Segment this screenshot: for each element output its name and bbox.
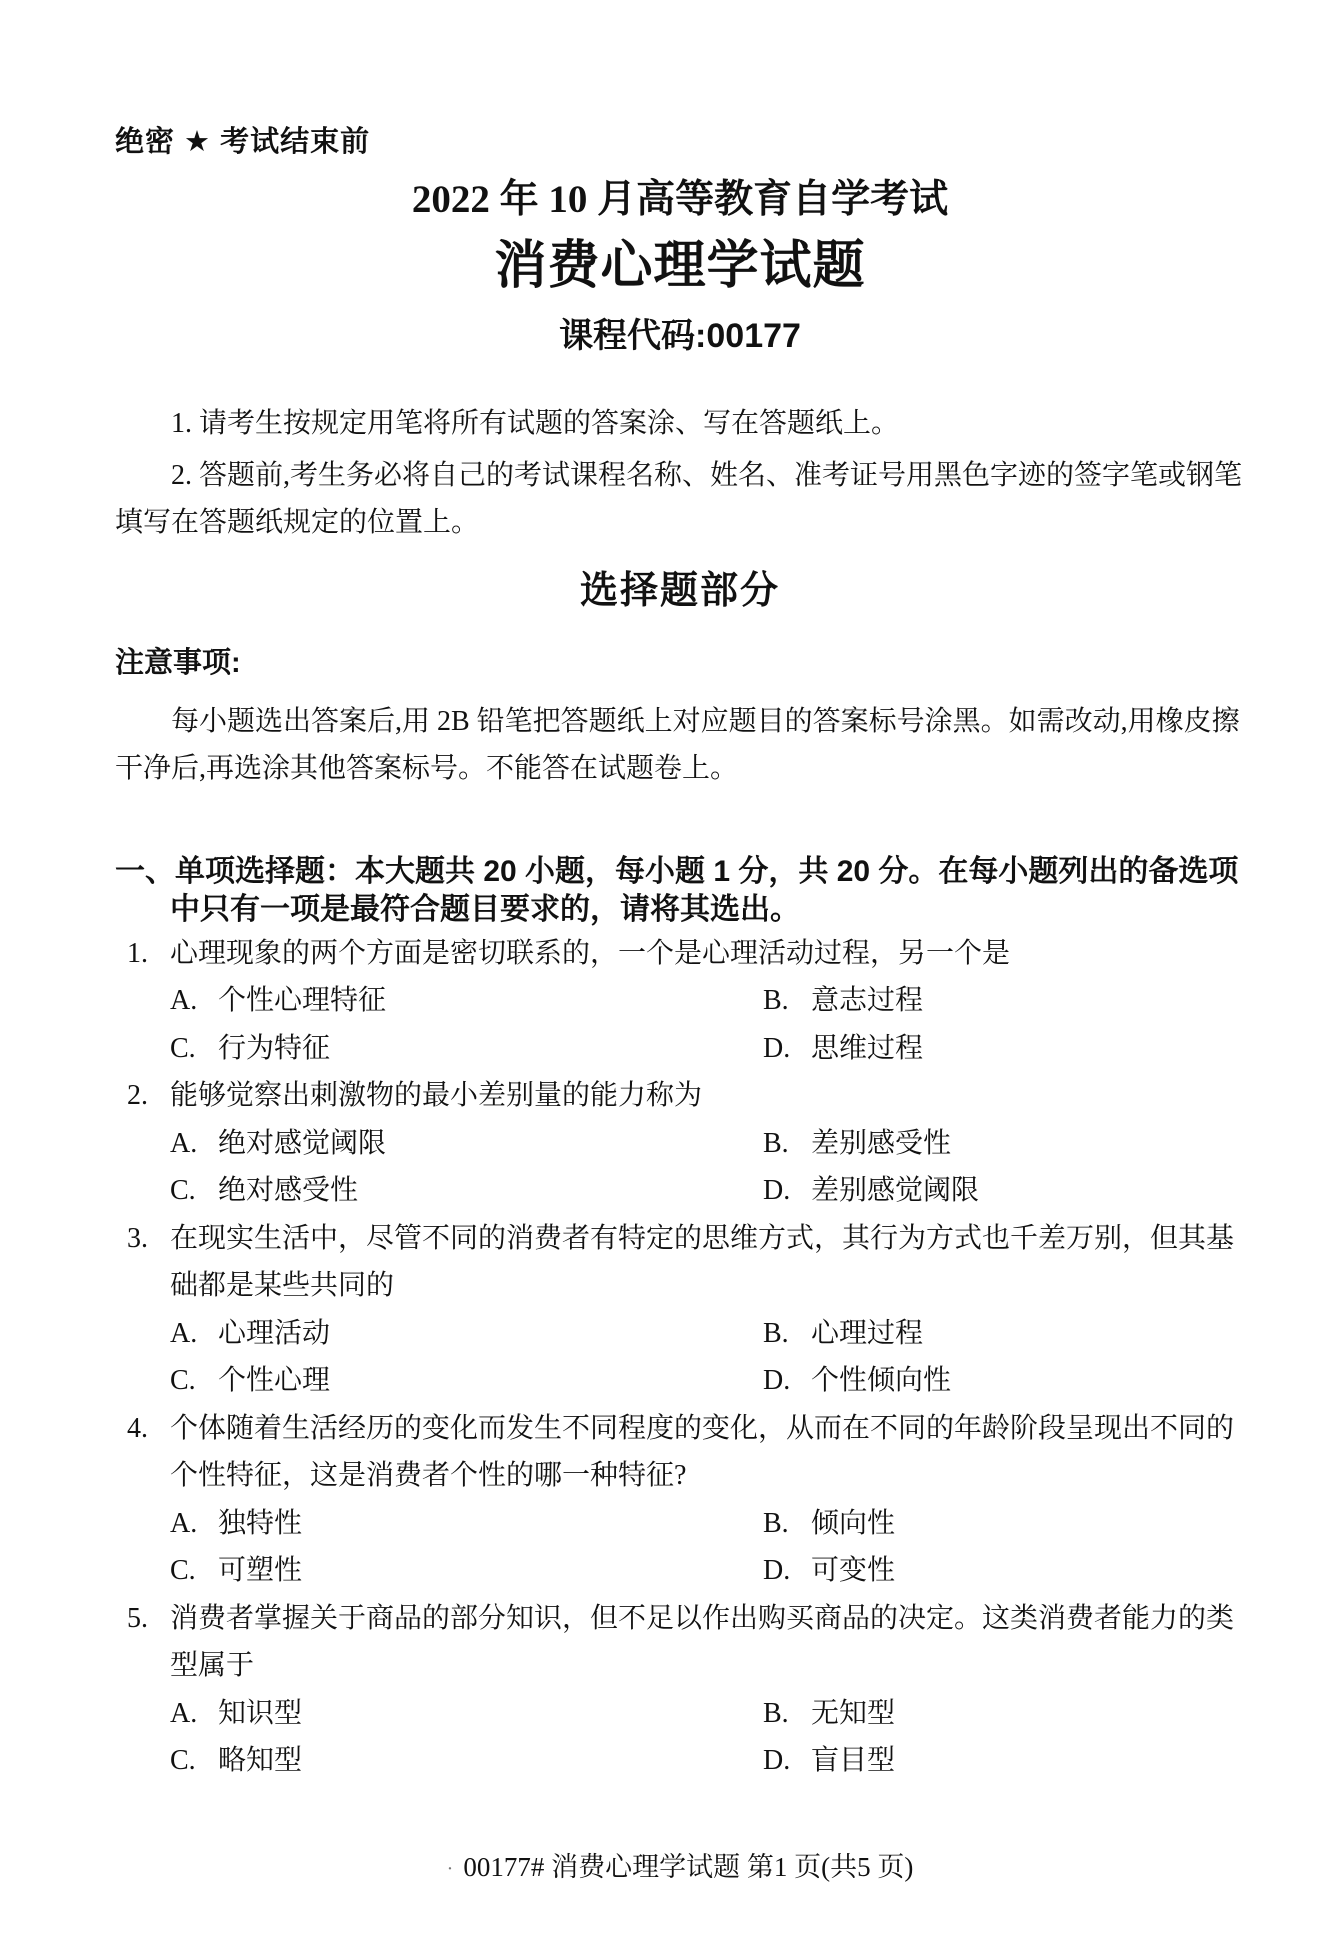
option-text: 绝对感觉阈限 <box>218 1128 386 1159</box>
option-D: D.思维过程 <box>763 1025 1245 1073</box>
instruction-note-1: 1. 请考生按规定用笔将所有试题的答案涂、写在答题纸上。 <box>115 400 1245 448</box>
option-text: 绝对感受性 <box>218 1175 358 1206</box>
option-text: 略知型 <box>218 1745 302 1776</box>
option-C: C.个性心理 <box>170 1357 763 1405</box>
question-text: 2.能够觉察出刺激物的最小差别量的能力称为 <box>115 1072 1245 1120</box>
option-label: C. <box>170 1167 218 1215</box>
option-text: 个性倾向性 <box>811 1365 951 1396</box>
scan-artifact-dot: · <box>447 1858 454 1880</box>
option-label: C. <box>170 1737 218 1785</box>
question-item-3: 3.在现实生活中，尽管不同的消费者有特定的思维方式，其行为方式也千差万别，但其基… <box>115 1215 1245 1405</box>
option-B: B.心理过程 <box>763 1310 1245 1358</box>
option-A: A.绝对感觉阈限 <box>170 1120 763 1168</box>
notice-paragraph: 每小题选出答案后,用 2B 铅笔把答题纸上对应题目的答案标号涂黑。如需改动,用橡… <box>115 698 1245 793</box>
option-grid: A.知识型 B.无知型 C.略知型 D.盲目型 <box>170 1690 1245 1785</box>
option-text: 意志过程 <box>811 985 923 1016</box>
option-A: A.独特性 <box>170 1500 763 1548</box>
option-D: D.差别感觉阈限 <box>763 1167 1245 1215</box>
option-label: C. <box>170 1025 218 1073</box>
option-label: B. <box>763 1690 811 1738</box>
option-label: A. <box>170 977 218 1025</box>
option-C: C.行为特征 <box>170 1025 763 1073</box>
question-text: 1.心理现象的两个方面是密切联系的，一个是心理活动过程，另一个是 <box>115 930 1245 978</box>
option-B: B.意志过程 <box>763 977 1245 1025</box>
question-stem: 消费者掌握关于商品的部分知识，但不足以作出购买商品的决定。这类消费者能力的类型属… <box>170 1603 1234 1682</box>
option-text: 倾向性 <box>811 1508 895 1539</box>
option-label: D. <box>763 1737 811 1785</box>
option-label: C. <box>170 1547 218 1595</box>
part-title: 选择题部分 <box>115 569 1245 613</box>
option-A: A.知识型 <box>170 1690 763 1738</box>
option-text: 行为特征 <box>218 1033 330 1064</box>
question-item-5: 5.消费者掌握关于商品的部分知识，但不足以作出购买商品的决定。这类消费者能力的类… <box>115 1595 1245 1785</box>
question-text: 3.在现实生活中，尽管不同的消费者有特定的思维方式，其行为方式也千差万别，但其基… <box>115 1215 1245 1310</box>
question-stem: 个体随着生活经历的变化而发生不同程度的变化，从而在不同的年龄阶段呈现出不同的个性… <box>170 1413 1234 1492</box>
question-text: 5.消费者掌握关于商品的部分知识，但不足以作出购买商品的决定。这类消费者能力的类… <box>115 1595 1245 1690</box>
option-A: A.心理活动 <box>170 1310 763 1358</box>
option-text: 差别感觉阈限 <box>811 1175 979 1206</box>
option-B: B.差别感受性 <box>763 1120 1245 1168</box>
option-text: 无知型 <box>811 1698 895 1729</box>
option-text: 个性心理 <box>218 1365 330 1396</box>
option-B: B.倾向性 <box>763 1500 1245 1548</box>
option-label: D. <box>763 1357 811 1405</box>
exam-paper-page: 绝密 ★ 考试结束前 2022 年 10 月高等教育自学考试 消费心理学试题 课… <box>0 0 1340 1933</box>
option-label: B. <box>763 1500 811 1548</box>
question-item-2: 2.能够觉察出刺激物的最小差别量的能力称为 A.绝对感觉阈限 B.差别感受性 C… <box>115 1072 1245 1215</box>
footer-text: 00177# 消费心理学试题 第1 页(共5 页) <box>463 1852 913 1882</box>
exam-session-title: 2022 年 10 月高等教育自学考试 <box>115 178 1245 222</box>
question-number: 1. <box>127 930 170 978</box>
option-D: D.个性倾向性 <box>763 1357 1245 1405</box>
question-number: 4. <box>127 1405 170 1453</box>
option-label: C. <box>170 1357 218 1405</box>
instruction-note-2: 2. 答题前,考生务必将自己的考试课程名称、姓名、准考证号用黑色字迹的签字笔或钢… <box>115 452 1245 547</box>
option-text: 盲目型 <box>811 1745 895 1776</box>
page-footer: ·00177# 消费心理学试题 第1 页(共5 页) <box>115 1851 1245 1886</box>
option-text: 独特性 <box>218 1508 302 1539</box>
question-stem: 心理现象的两个方面是密切联系的，一个是心理活动过程，另一个是 <box>170 938 1010 969</box>
question-stem: 能够觉察出刺激物的最小差别量的能力称为 <box>170 1080 702 1111</box>
option-label: B. <box>763 1310 811 1358</box>
classified-banner: 绝密 ★ 考试结束前 <box>115 125 1245 159</box>
question-item-4: 4.个体随着生活经历的变化而发生不同程度的变化，从而在不同的年龄阶段呈现出不同的… <box>115 1405 1245 1595</box>
option-text: 心理活动 <box>218 1318 330 1349</box>
option-B: B.无知型 <box>763 1690 1245 1738</box>
option-grid: A.心理活动 B.心理过程 C.个性心理 D.个性倾向性 <box>170 1310 1245 1405</box>
option-D: D.可变性 <box>763 1547 1245 1595</box>
option-label: A. <box>170 1690 218 1738</box>
option-text: 心理过程 <box>811 1318 923 1349</box>
course-code: 课程代码:00177 <box>115 317 1245 355</box>
option-text: 可变性 <box>811 1555 895 1586</box>
option-C: C.绝对感受性 <box>170 1167 763 1215</box>
question-item-1: 1.心理现象的两个方面是密切联系的，一个是心理活动过程，另一个是 A.个性心理特… <box>115 930 1245 1073</box>
option-text: 思维过程 <box>811 1033 923 1064</box>
question-number: 2. <box>127 1072 170 1120</box>
option-grid: A.绝对感觉阈限 B.差别感受性 C.绝对感受性 D.差别感觉阈限 <box>170 1120 1245 1215</box>
question-number: 3. <box>127 1215 170 1263</box>
option-D: D.盲目型 <box>763 1737 1245 1785</box>
option-text: 知识型 <box>218 1698 302 1729</box>
option-label: A. <box>170 1310 218 1358</box>
option-label: B. <box>763 977 811 1025</box>
option-C: C.可塑性 <box>170 1547 763 1595</box>
option-C: C.略知型 <box>170 1737 763 1785</box>
option-label: D. <box>763 1167 811 1215</box>
option-text: 差别感受性 <box>811 1128 951 1159</box>
question-number: 5. <box>127 1595 170 1643</box>
question-text: 4.个体随着生活经历的变化而发生不同程度的变化，从而在不同的年龄阶段呈现出不同的… <box>115 1405 1245 1500</box>
question-stem: 在现实生活中，尽管不同的消费者有特定的思维方式，其行为方式也千差万别，但其基础都… <box>170 1223 1234 1302</box>
option-label: A. <box>170 1120 218 1168</box>
option-text: 个性心理特征 <box>218 985 386 1016</box>
section-one-heading: 一、单项选择题：本大题共 20 小题，每小题 1 分，共 20 分。在每小题列出… <box>115 853 1245 929</box>
option-label: D. <box>763 1547 811 1595</box>
option-grid: A.独特性 B.倾向性 C.可塑性 D.可变性 <box>170 1500 1245 1595</box>
question-list: 1.心理现象的两个方面是密切联系的，一个是心理活动过程，另一个是 A.个性心理特… <box>115 930 1245 1785</box>
paper-title: 消费心理学试题 <box>115 236 1245 296</box>
option-A: A.个性心理特征 <box>170 977 763 1025</box>
notice-heading: 注意事项: <box>115 646 1245 680</box>
option-grid: A.个性心理特征 B.意志过程 C.行为特征 D.思维过程 <box>170 977 1245 1072</box>
option-label: A. <box>170 1500 218 1548</box>
option-label: B. <box>763 1120 811 1168</box>
option-text: 可塑性 <box>218 1555 302 1586</box>
option-label: D. <box>763 1025 811 1073</box>
